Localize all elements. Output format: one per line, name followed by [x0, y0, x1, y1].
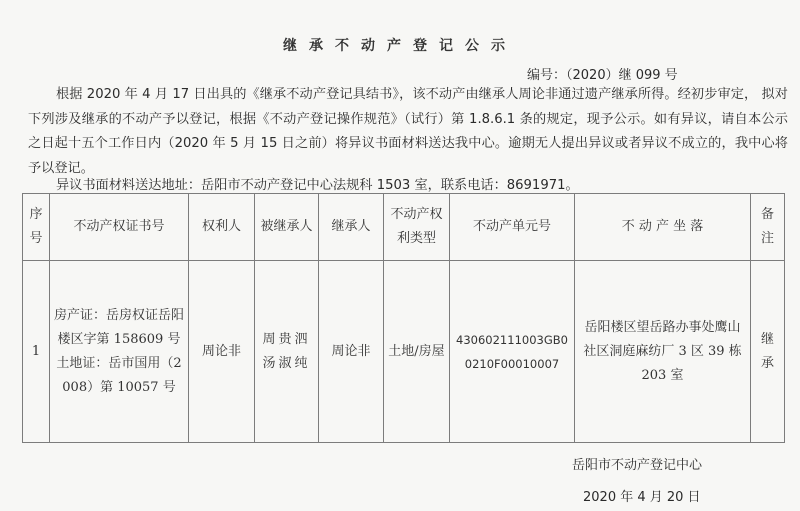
certificate-house: 房产证：岳房权证岳阳楼区字第 158609 号: [54, 304, 184, 352]
table-row: 1 房产证：岳房权证岳阳楼区字第 158609 号 土地证：岳市国用（2008）…: [23, 261, 785, 443]
cell-unit-number: 430602111003GB00210F00010007: [450, 261, 575, 443]
cell-right-holder: 周论非: [189, 261, 255, 443]
page-title: 继承不动产登记公示: [0, 35, 800, 55]
header-decedent: 被继承人: [255, 194, 319, 261]
cell-index: 1: [23, 261, 50, 443]
cell-heir: 周论非: [319, 261, 384, 443]
header-location: 不 动 产 坐 落: [575, 194, 751, 261]
cell-right-type: 土地/房屋: [384, 261, 450, 443]
table-header-row: 序号 不动产权证书号 权利人 被继承人 继承人 不动产权利类型 不动产单元号 不…: [23, 194, 785, 261]
cell-certificate: 房产证：岳房权证岳阳楼区字第 158609 号 土地证：岳市国用（2008）第 …: [50, 261, 189, 443]
certificate-land: 土地证：岳市国用（2008）第 10057 号: [54, 352, 184, 400]
header-right-holder: 权利人: [189, 194, 255, 261]
cell-remark: 继承: [751, 261, 785, 443]
notice-table: 序号 不动产权证书号 权利人 被继承人 继承人 不动产权利类型 不动产单元号 不…: [22, 193, 785, 443]
issue-date: 2020 年 4 月 20 日: [583, 486, 701, 505]
header-remark: 备注: [751, 194, 785, 261]
header-certificate: 不动产权证书号: [50, 194, 189, 261]
objection-address: 异议书面材料送达地址：岳阳市不动产登记中心法规科 1503 室，联系电话：869…: [56, 174, 579, 193]
cell-decedent: 周贵泗 汤淑纯: [255, 261, 319, 443]
header-heir: 继承人: [319, 194, 384, 261]
cell-location: 岳阳楼区望岳路办事处鹰山社区洞庭麻纺厂 3 区 39 栋 203 室: [575, 261, 751, 443]
header-right-type: 不动产权利类型: [384, 194, 450, 261]
header-index: 序号: [23, 194, 50, 261]
document-number: 编号：（2020）继 099 号: [527, 64, 678, 83]
header-unit-number: 不动产单元号: [450, 194, 575, 261]
issuing-organization: 岳阳市不动产登记中心: [572, 454, 702, 473]
notice-paragraph: 根据 2020 年 4 月 17 日出具的《继承不动产登记具结书》，该不动产由继…: [28, 83, 788, 181]
